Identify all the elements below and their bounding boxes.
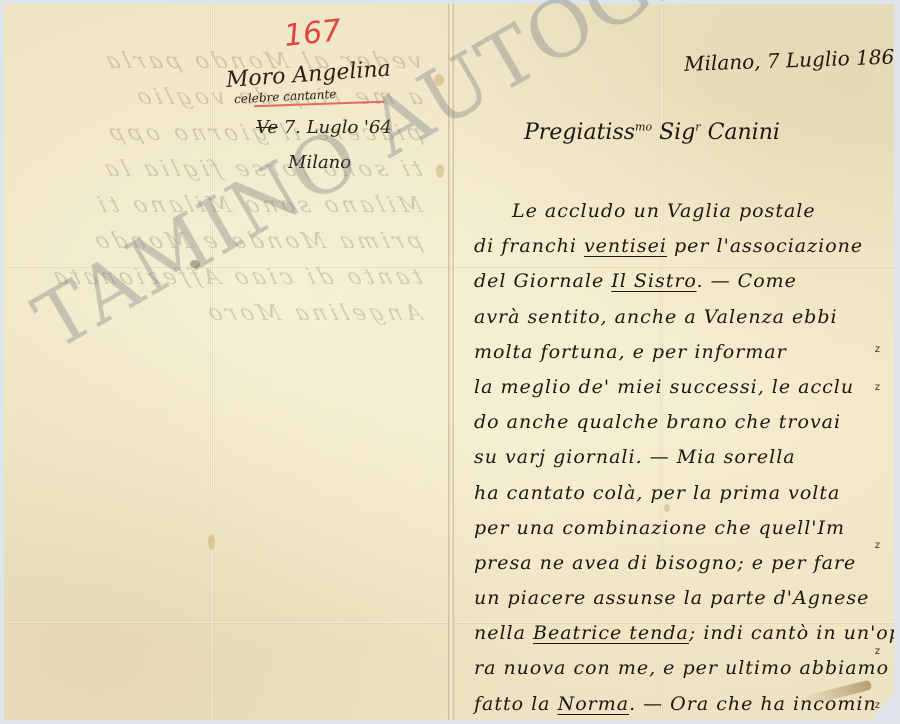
body-line: ha cantato colà, per la prima volta [474, 476, 894, 511]
body-line: avrà sentito, anche a Valenza ebbi [474, 300, 894, 335]
body-line: un piacere assunse la parte d'Agnese [474, 581, 894, 616]
archive-number: 167 [282, 13, 343, 54]
docket-place: Milano [288, 152, 436, 173]
letter-body: Le accludo un Vaglia postale di franchi … [474, 194, 894, 722]
body-line: Le accludo un Vaglia postale [474, 194, 894, 229]
body-line: presa ne avea di bisogno; e per fare [474, 546, 894, 581]
underlined-phrase: Il Sistro [611, 270, 696, 292]
underlined-phrase: Norma [558, 693, 630, 715]
body-line: per una combinazione che quell'Im [474, 511, 894, 546]
body-line: nella Beatrice tenda; indi cantò in un'o… [474, 616, 894, 651]
body-line: la meglio de' miei successi, le acclu [474, 370, 894, 405]
foxing-stain [436, 164, 444, 178]
docket-date: Ve 7. Luglo '64 [256, 117, 436, 138]
page-spine-fold [448, 4, 454, 720]
letter-sheet: veder al Mondo parla a me risp de voglio… [4, 4, 894, 720]
body-line: di franchi ventisei per l'associazione [474, 229, 894, 264]
underlined-phrase: ventisei [584, 235, 667, 257]
dateline: Milano, 7 Luglio 1864 [684, 44, 900, 76]
body-line: molta fortuna, e per informar [474, 335, 894, 370]
body-line: do anche qualche brano che trovai [474, 405, 894, 440]
body-line: su varj giornali. — Mia sorella [474, 440, 894, 475]
body-line: del Giornale Il Sistro. — Come [474, 264, 894, 299]
foxing-stain [208, 534, 215, 550]
docket-note: Moro Angelina celebre cantante Ve 7. Lug… [226, 68, 436, 173]
underlined-phrase: Beatrice tenda [533, 622, 689, 644]
body-line: ra nuova con me, e per ultimo abbiamo [474, 651, 894, 686]
salutation: Pregiatissmo Sigr Canini [524, 120, 780, 145]
